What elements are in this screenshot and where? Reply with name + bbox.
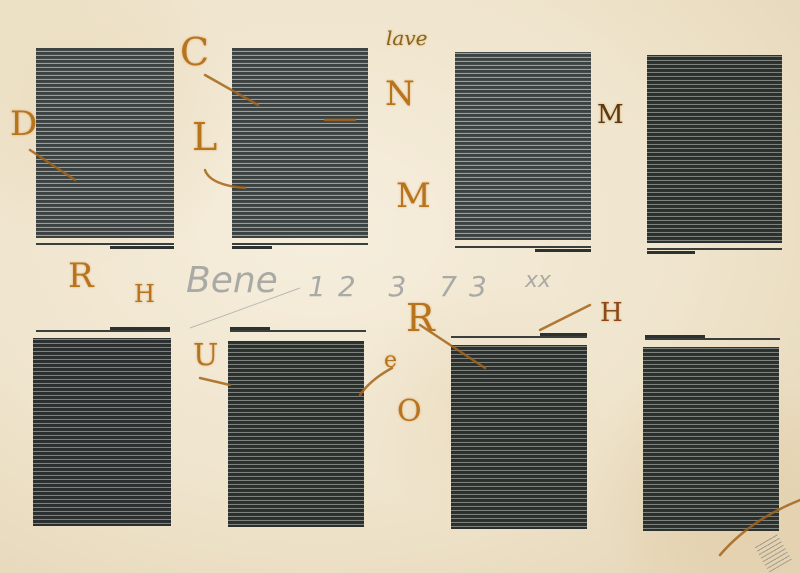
rust-letter-O: O xyxy=(397,394,422,429)
rust-letter-D: D xyxy=(10,104,37,144)
pencil-signature: Bene xyxy=(186,260,278,301)
rust-word-lave: lave xyxy=(386,26,427,50)
pencil-date: 12 3 73 xyxy=(308,270,499,303)
rust-letter-e: e xyxy=(384,348,397,373)
rust-letter-R-left: R xyxy=(68,256,94,296)
rust-letter-U: U xyxy=(193,338,218,373)
rust-letter-H-left: H xyxy=(134,280,155,308)
rust-letter-L: L xyxy=(192,115,217,159)
pencil-mark: xx xyxy=(525,268,551,293)
rust-letter-M-right: M xyxy=(597,100,624,130)
rust-letter-N: N xyxy=(385,74,415,114)
rust-letter-C: C xyxy=(180,30,209,74)
rust-letter-H-right: H xyxy=(600,298,623,328)
rust-letter-M-center: M xyxy=(396,176,431,216)
